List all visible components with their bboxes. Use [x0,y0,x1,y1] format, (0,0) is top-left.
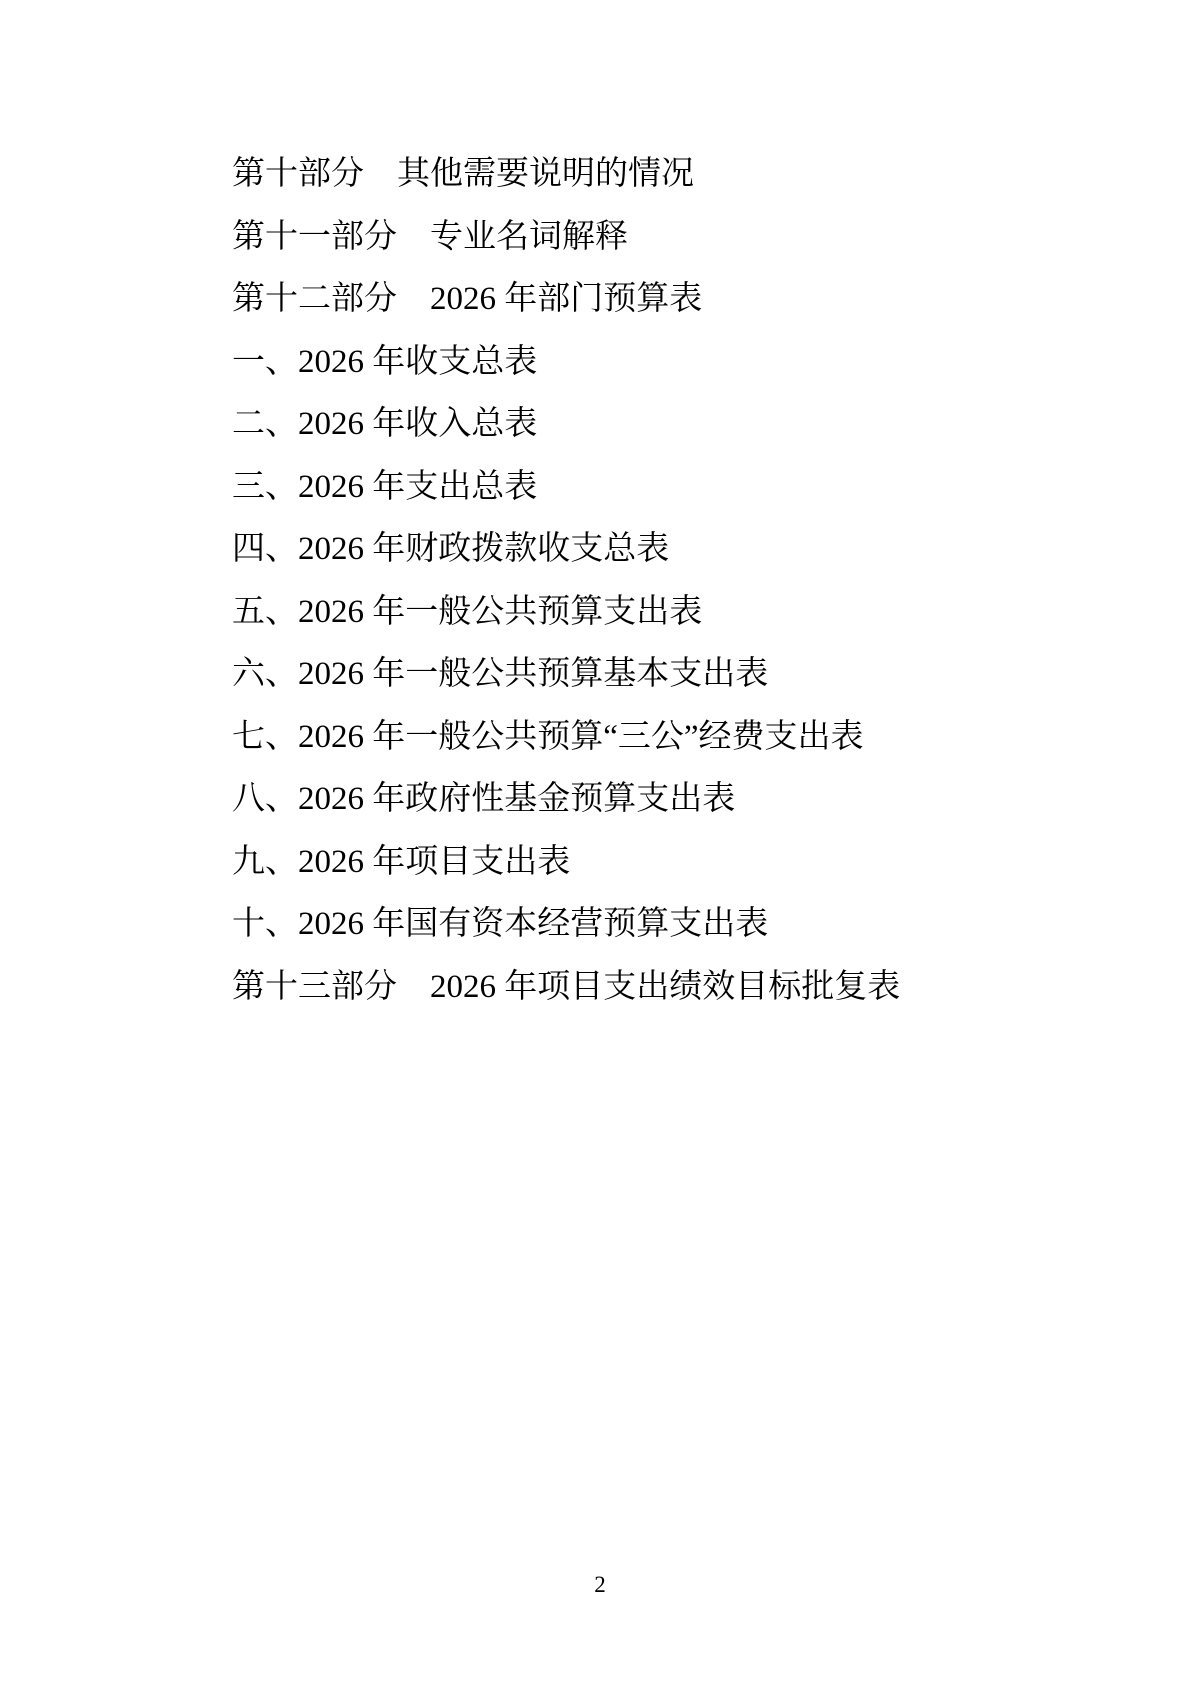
toc-entry-table-1: 一、2026 年收支总表 [232,331,1140,394]
page-number: 2 [0,1572,1200,1598]
toc-entry-part-13: 第十三部分 2026 年项目支出绩效目标批复表 [232,956,1140,1019]
document-page: 第十部分 其他需要说明的情况 第十一部分 专业名词解释 第十二部分 2026 年… [0,0,1200,1697]
toc-entry-table-9: 九、2026 年项目支出表 [232,831,1140,894]
toc-entry-table-3: 三、2026 年支出总表 [232,456,1140,519]
toc-entry-table-10: 十、2026 年国有资本经营预算支出表 [232,893,1140,956]
toc-entry-part-12: 第十二部分 2026 年部门预算表 [232,268,1140,331]
toc-entry-table-6: 六、2026 年一般公共预算基本支出表 [232,643,1140,706]
toc-entry-table-4: 四、2026 年财政拨款收支总表 [232,518,1140,581]
toc-entry-table-8: 八、2026 年政府性基金预算支出表 [232,768,1140,831]
table-of-contents: 第十部分 其他需要说明的情况 第十一部分 专业名词解释 第十二部分 2026 年… [232,143,1140,1018]
toc-entry-part-11: 第十一部分 专业名词解释 [232,206,1140,269]
toc-entry-table-2: 二、2026 年收入总表 [232,393,1140,456]
toc-entry-part-10: 第十部分 其他需要说明的情况 [232,143,1140,206]
toc-entry-table-7: 七、2026 年一般公共预算“三公”经费支出表 [232,706,1140,769]
toc-entry-table-5: 五、2026 年一般公共预算支出表 [232,581,1140,644]
